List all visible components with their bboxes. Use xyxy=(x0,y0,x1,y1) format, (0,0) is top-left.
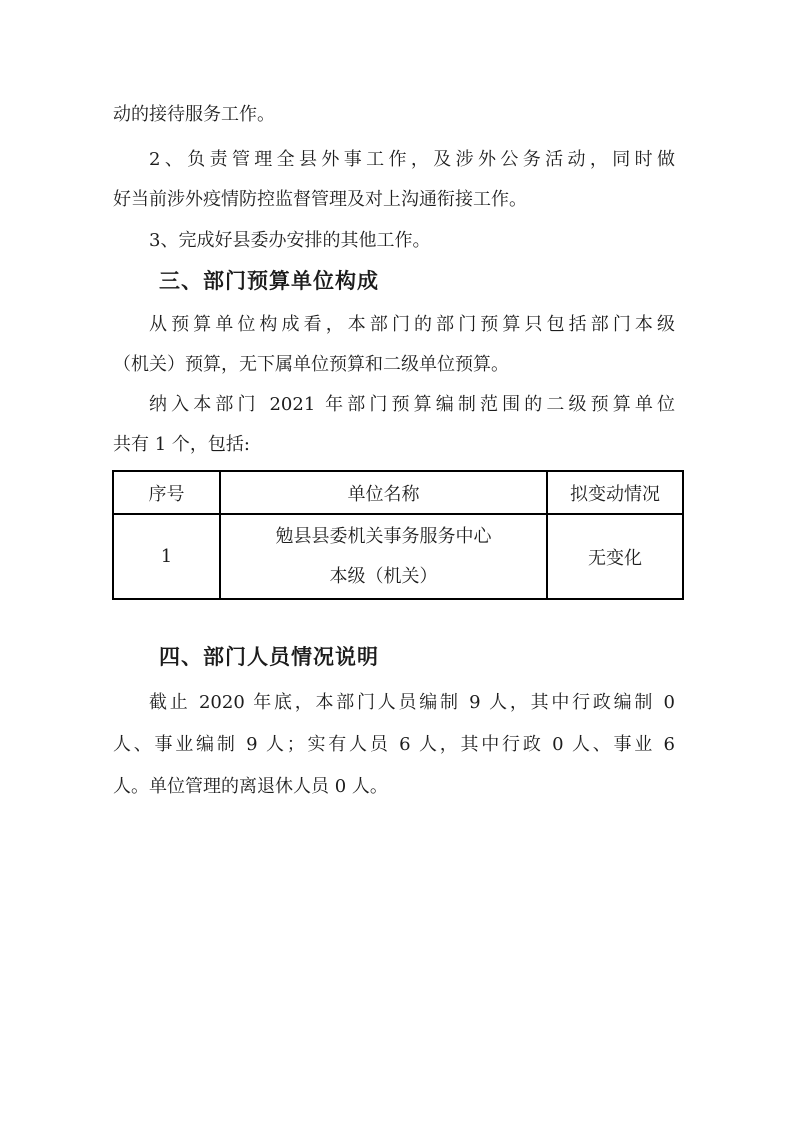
table-header-unit-name: 单位名称 xyxy=(220,471,547,514)
table-cell-unit-name: 勉县县委机关事务服务中心 本级（机关） xyxy=(220,514,547,599)
paragraph-line-scope-2: 共有 1 个，包括: xyxy=(113,424,675,466)
paragraph-line-personnel-1: 截止 2020 年底，本部门人员编制 9 人，其中行政编制 0 xyxy=(113,682,675,724)
budget-units-table: 序号 单位名称 拟变动情况 1 勉县县委机关事务服务中心 本级（机关） 无变化 xyxy=(112,470,684,600)
paragraph-line-duty-2-continuation: 好当前涉外疫情防控监督管理及对上沟通衔接工作。 xyxy=(113,179,675,221)
paragraph-line-composition-1: 从预算单位构成看，本部门的部门预算只包括部门本级 xyxy=(113,304,675,346)
unit-name-line-2: 本级（机关） xyxy=(221,557,546,597)
paragraph-line-composition-2: （机关）预算，无下属单位预算和二级单位预算。 xyxy=(113,344,675,386)
document-page: 动的接待服务工作。 2、负责管理全县外事工作，及涉外公务活动，同时做 好当前涉外… xyxy=(0,0,793,1122)
paragraph-line-scope-1: 纳入本部门 2021 年部门预算编制范围的二级预算单位 xyxy=(113,384,675,426)
unit-name-line-1: 勉县县委机关事务服务中心 xyxy=(221,517,546,557)
table-cell-change-status: 无变化 xyxy=(547,514,683,599)
paragraph-line-continuation: 动的接待服务工作。 xyxy=(113,94,675,136)
table-header-seq: 序号 xyxy=(113,471,220,514)
table-cell-seq: 1 xyxy=(113,514,220,599)
section-heading-budget-unit-composition: 三、部门预算单位构成 xyxy=(113,260,675,302)
paragraph-line-duty-2: 2、负责管理全县外事工作，及涉外公务活动，同时做 xyxy=(113,139,675,181)
paragraph-line-personnel-3: 人。单位管理的离退休人员 0 人。 xyxy=(113,766,675,808)
paragraph-line-personnel-2: 人、事业编制 9 人；实有人员 6 人，其中行政 0 人、事业 6 xyxy=(113,724,675,766)
table-header-change-status: 拟变动情况 xyxy=(547,471,683,514)
table-header-row: 序号 单位名称 拟变动情况 xyxy=(113,471,683,514)
table-row: 1 勉县县委机关事务服务中心 本级（机关） 无变化 xyxy=(113,514,683,599)
section-heading-personnel-situation: 四、部门人员情况说明 xyxy=(113,636,675,678)
paragraph-line-duty-3: 3、完成好县委办安排的其他工作。 xyxy=(113,220,675,262)
